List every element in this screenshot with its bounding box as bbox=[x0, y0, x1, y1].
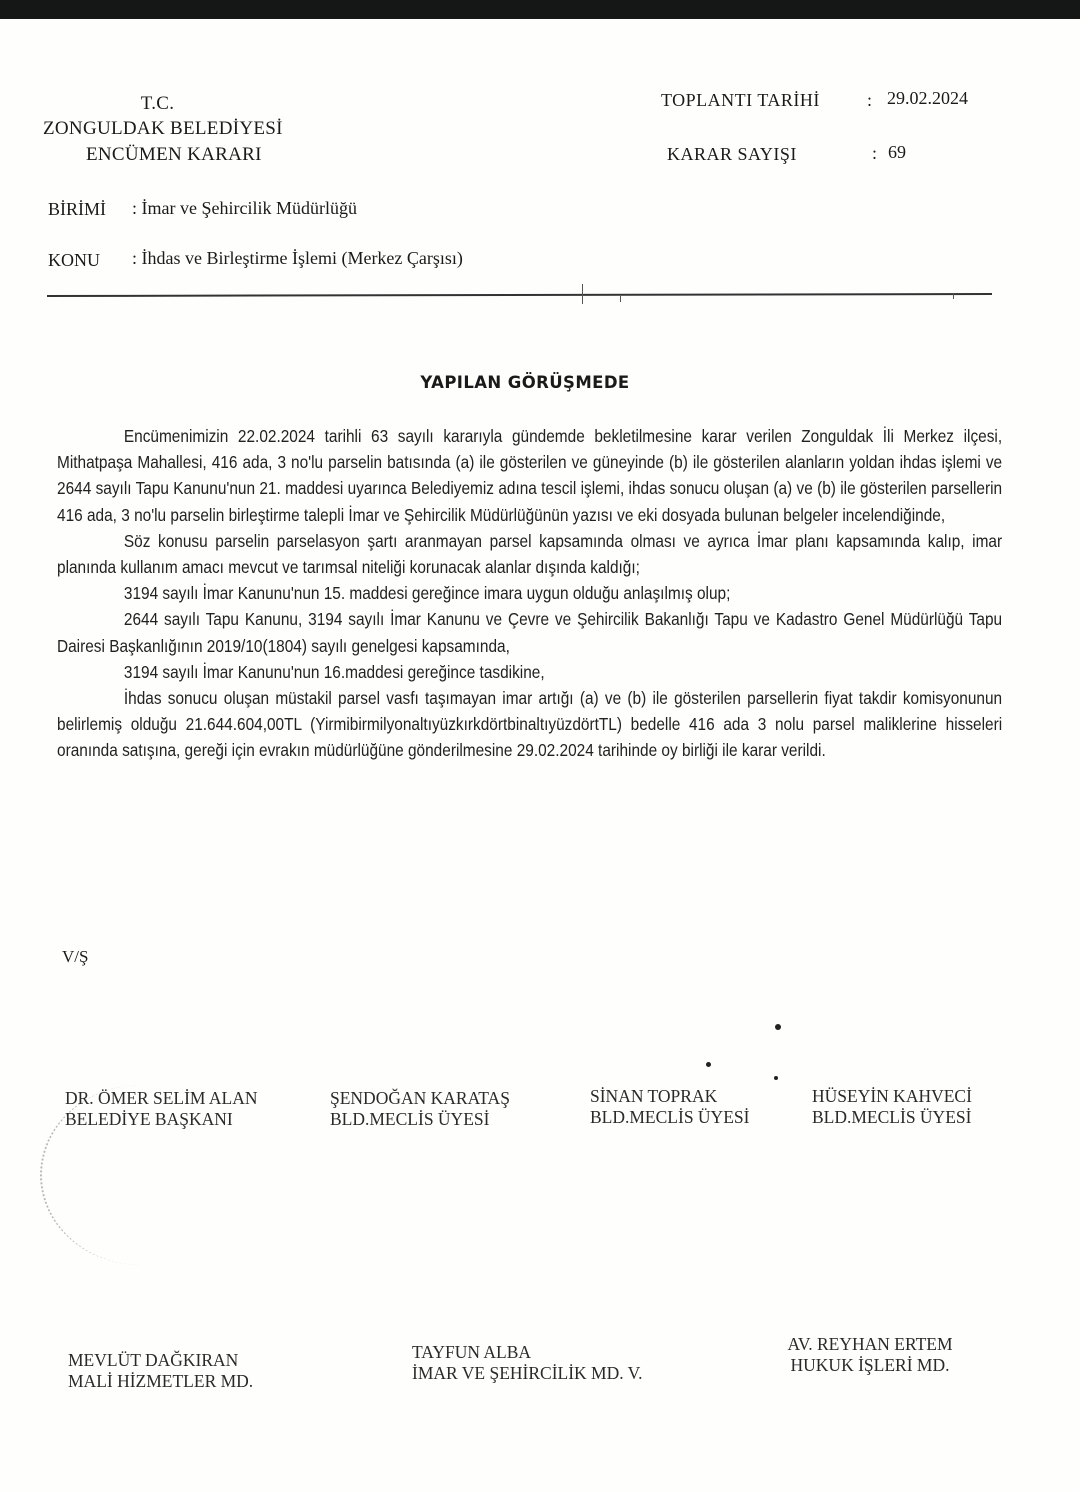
signatory-title: BLD.MECLİS ÜYESİ bbox=[330, 1109, 510, 1130]
ink-speck bbox=[774, 1076, 778, 1080]
signatory-name: ŞENDOĞAN KARATAŞ bbox=[330, 1088, 510, 1109]
paragraph: 2644 sayılı Tapu Kanunu, 3194 sayılı İma… bbox=[57, 606, 1002, 658]
ink-speck bbox=[775, 1024, 781, 1030]
meeting-date-label: TOPLANTI TARİHİ bbox=[661, 90, 820, 111]
paragraph: 3194 sayılı İmar Kanunu'nun 16.maddesi g… bbox=[57, 659, 1002, 685]
signatory-zoning-director: TAYFUN ALBA İMAR VE ŞEHİRCİLİK MD. V. bbox=[412, 1342, 642, 1384]
top-bar bbox=[0, 0, 1080, 19]
section-heading: YAPILAN GÖRÜŞMEDE bbox=[0, 373, 1050, 392]
signatory-title: BLD.MECLİS ÜYESİ bbox=[590, 1107, 749, 1128]
signatory-council-member: HÜSEYİN KAHVECİ BLD.MECLİS ÜYESİ bbox=[812, 1086, 972, 1128]
signatory-name: TAYFUN ALBA bbox=[412, 1342, 642, 1363]
signatory-name: HÜSEYİN KAHVECİ bbox=[812, 1086, 972, 1107]
unit-value: : İmar ve Şehircilik Müdürlüğü bbox=[132, 198, 357, 219]
signatory-title: HUKUK İŞLERİ MD. bbox=[770, 1355, 970, 1376]
paragraph: Encümenimizin 22.02.2024 tarihli 63 sayı… bbox=[57, 423, 1002, 528]
signatory-title: BELEDİYE BAŞKANI bbox=[65, 1109, 258, 1130]
signatory-title: BLD.MECLİS ÜYESİ bbox=[812, 1107, 972, 1128]
header-municipality: ZONGULDAK BELEDİYESİ bbox=[43, 118, 283, 140]
signatory-council-member: ŞENDOĞAN KARATAŞ BLD.MECLİS ÜYESİ bbox=[330, 1088, 510, 1130]
signatory-finance-director: MEVLÜT DAĞKIRAN MALİ HİZMETLER MD. bbox=[68, 1350, 253, 1392]
signatory-mayor: DR. ÖMER SELİM ALAN BELEDİYE BAŞKANI bbox=[65, 1088, 258, 1130]
header-divider bbox=[47, 293, 992, 297]
divider-tick bbox=[620, 296, 621, 302]
divider-tick bbox=[582, 284, 583, 304]
vs-label: V/Ş bbox=[62, 947, 88, 967]
signatory-name: AV. REYHAN ERTEM bbox=[770, 1334, 970, 1355]
divider-tick bbox=[953, 293, 954, 299]
decision-body: Encümenimizin 22.02.2024 tarihli 63 sayı… bbox=[57, 423, 1002, 764]
subject-value: : İhdas ve Birleştirme İşlemi (Merkez Ça… bbox=[132, 248, 463, 269]
signatory-council-member: SİNAN TOPRAK BLD.MECLİS ÜYESİ bbox=[590, 1086, 749, 1128]
meeting-date-separator: : bbox=[867, 90, 872, 111]
subject-label: KONU bbox=[48, 250, 100, 271]
unit-label: BİRİMİ bbox=[48, 199, 106, 220]
header-decision-type: ENCÜMEN KARARI bbox=[86, 144, 262, 166]
signatory-name: SİNAN TOPRAK bbox=[590, 1086, 749, 1107]
header-tc: T.C. bbox=[40, 93, 275, 115]
decision-no-label: KARAR SAYIŞI bbox=[667, 144, 797, 165]
paragraph: 3194 sayılı İmar Kanunu'nun 15. maddesi … bbox=[57, 580, 1002, 606]
ink-speck bbox=[706, 1062, 711, 1067]
signatory-title: İMAR VE ŞEHİRCİLİK MD. V. bbox=[412, 1363, 642, 1384]
paragraph: Söz konusu parselin parselasyon şartı ar… bbox=[57, 528, 1002, 580]
meeting-date-value: 29.02.2024 bbox=[887, 88, 968, 109]
signatory-name: DR. ÖMER SELİM ALAN bbox=[65, 1088, 258, 1109]
signatory-name: MEVLÜT DAĞKIRAN bbox=[68, 1350, 253, 1371]
signatory-title: MALİ HİZMETLER MD. bbox=[68, 1371, 253, 1392]
decision-no-value: 69 bbox=[888, 142, 906, 163]
signatory-legal-director: AV. REYHAN ERTEM HUKUK İŞLERİ MD. bbox=[770, 1334, 970, 1376]
paragraph: İhdas sonucu oluşan müstakil parsel vasf… bbox=[57, 685, 1002, 764]
decision-no-separator: : bbox=[872, 143, 877, 164]
